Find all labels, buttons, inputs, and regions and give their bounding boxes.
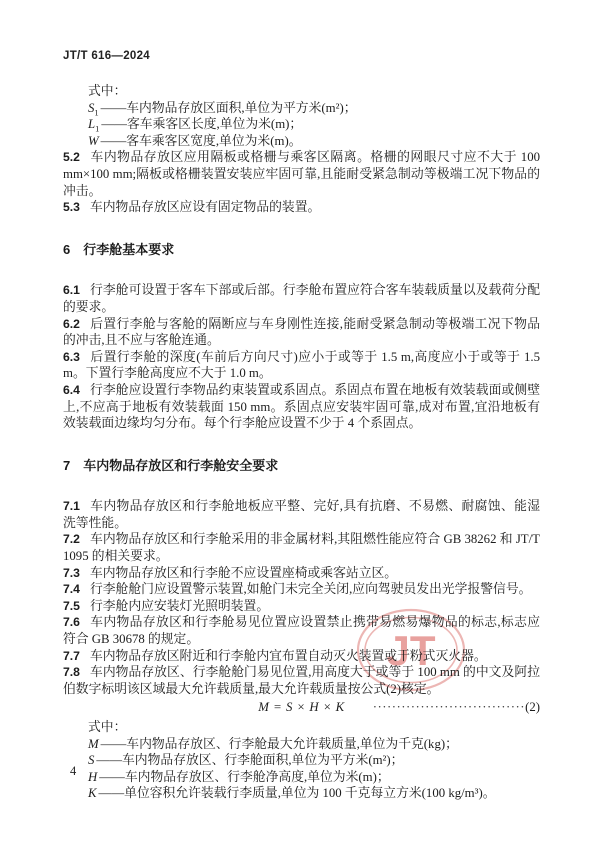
definition-m: M——车内物品存放区、行李舱最大允许载质量,单位为千克(kg)； (88, 736, 540, 753)
variable-m: M (88, 737, 101, 751)
section-6-heading: 6行李舱基本要求 (63, 242, 540, 259)
formula-2-expression: M = S × H × K (258, 700, 344, 714)
definition-s1: S1——车内物品存放区面积,单位为平方米(m²)； (88, 100, 540, 117)
definition-h-text: ——车内物品存放区、行李舱净高度,单位为米(m)； (99, 770, 389, 784)
clause-7-3-number: 7.3 (63, 566, 90, 580)
clause-7-4: 7.4行李舱舱门应设置警示装置,如舱门未完全关闭,应向驾驶员发出光学报警信号。 (63, 581, 540, 598)
clause-6-3-number: 6.3 (63, 350, 90, 364)
clause-7-6-number: 7.6 (63, 615, 90, 629)
clause-7-6-text: 车内物品存放区和行李舱易见位置应设置禁止携带易燃易爆物品的标志,标志应符合 GB… (63, 615, 540, 646)
variable-h: H (88, 770, 99, 784)
where-label-2: 式中： (88, 719, 540, 736)
variable-k: K (88, 786, 99, 800)
clause-6-2-number: 6.2 (63, 317, 90, 331)
definition-w: W——客车乘客区宽度,单位为米(m)。 (88, 133, 540, 150)
section-7-title: 车内物品存放区和行李舱安全要求 (83, 458, 278, 473)
section-6-title: 行李舱基本要求 (83, 242, 174, 257)
clause-7-6: 7.6车内物品存放区和行李舱易见位置应设置禁止携带易燃易爆物品的标志,标志应符合… (63, 614, 540, 647)
definition-l1-text: ——客车乘客区长度,单位为米(m)； (101, 117, 302, 131)
section-7-heading: 7车内物品存放区和行李舱安全要求 (63, 458, 540, 475)
clause-6-1-text: 行李舱可设置于客车下部或后部。行李舱布置应符合客车装载质量以及载荷分配的要求。 (63, 283, 540, 314)
clause-5-3-number: 5.3 (63, 200, 90, 214)
clause-7-2-number: 7.2 (63, 532, 90, 546)
clause-6-2-text: 后置行李舱与客舱的隔断应与车身刚性连接,能耐受紧急制动等极端工况下物品的冲击,且… (63, 317, 540, 348)
clause-7-2-text: 车内物品存放区和行李舱采用的非金属材料,其阻燃性能应符合 GB 38262 和 … (63, 532, 540, 563)
clause-7-5: 7.5行李舱内应安装灯光照明装置。 (63, 598, 540, 615)
formula-2: M = S × H × K ··························… (63, 699, 540, 716)
clause-7-4-text: 行李舱舱门应设置警示装置,如舱门未完全关闭,应向驾驶员发出光学报警信号。 (90, 582, 532, 596)
clause-7-2: 7.2车内物品存放区和行李舱采用的非金属材料,其阻燃性能应符合 GB 38262… (63, 531, 540, 564)
variable-s1: S1 (88, 101, 101, 115)
clause-7-1-number: 7.1 (63, 499, 90, 513)
formula-2-leader-dots: ································ (373, 700, 525, 714)
where-label-1: 式中： (88, 83, 540, 100)
definition-s1-text: ——车内物品存放区面积,单位为平方米(m²)； (101, 101, 357, 115)
clause-7-4-number: 7.4 (63, 582, 90, 596)
clause-5-3-text: 车内物品存放区应设有固定物品的装置。 (90, 200, 320, 214)
clause-7-5-number: 7.5 (63, 599, 90, 613)
clause-6-4-number: 6.4 (63, 383, 90, 397)
document-page: JT JT/T 616—2024 式中： S1——车内物品存放区面积,单位为平方… (0, 0, 600, 846)
document-code-header: JT/T 616—2024 (63, 50, 540, 62)
definition-s-text: ——车内物品存放区、行李舱面积,单位为平方米(m²)； (96, 753, 403, 767)
section-6-number: 6 (63, 242, 83, 257)
clause-6-3-text: 后置行李舱的深度(车前后方向尺寸)应小于或等于 1.5 m,高度应小于或等于 1… (63, 350, 540, 381)
page-number: 4 (70, 764, 76, 779)
clause-6-4: 6.4行李舱应设置行李物品约束装置或系固点。系固点布置在地板有效装载面或侧壁上,… (63, 382, 540, 432)
clause-5-2: 5.2车内物品存放区应用隔板或格栅与乘客区隔离。格栅的网眼尺寸应不大于 100 … (63, 149, 540, 199)
definition-w-text: ——客车乘客区宽度,单位为米(m)。 (101, 134, 302, 148)
definition-h: H——车内物品存放区、行李舱净高度,单位为米(m)； (88, 769, 540, 786)
definition-l1: L1——客车乘客区长度,单位为米(m)； (88, 116, 540, 133)
variable-l1: L1 (88, 117, 101, 131)
clause-7-3-text: 车内物品存放区和行李舱不应设置座椅或乘客站立区。 (90, 566, 397, 580)
clause-7-7: 7.7车内物品存放区附近和行李舱内宜布置自动灭火装置或干粉式灭火器。 (63, 648, 540, 665)
clause-7-5-text: 行李舱内应安装灯光照明装置。 (90, 599, 269, 613)
clause-6-3: 6.3后置行李舱的深度(车前后方向尺寸)应小于或等于 1.5 m,高度应小于或等… (63, 349, 540, 382)
definition-m-text: ——车内物品存放区、行李舱最大允许载质量,单位为千克(kg)； (101, 737, 458, 751)
page-content: JT/T 616—2024 式中： S1——车内物品存放区面积,单位为平方米(m… (0, 0, 600, 802)
clause-7-1-text: 车内物品存放区和行李舱地板应平整、完好,具有抗磨、不易燃、耐腐蚀、能湿洗等性能。 (63, 499, 540, 530)
clause-6-1-number: 6.1 (63, 283, 90, 297)
clause-6-4-text: 行李舱应设置行李物品约束装置或系固点。系固点布置在地板有效装载面或侧壁上,不应高… (63, 383, 540, 430)
clause-6-2: 6.2后置行李舱与客舱的隔断应与车身刚性连接,能耐受紧急制动等极端工况下物品的冲… (63, 316, 540, 349)
definition-k-text: ——单位容积允许装载行李质量,单位为 100 千克每立方米(100 kg/m³)… (99, 786, 496, 800)
definition-k: K——单位容积允许装载行李质量,单位为 100 千克每立方米(100 kg/m³… (88, 785, 540, 802)
clause-7-3: 7.3车内物品存放区和行李舱不应设置座椅或乘客站立区。 (63, 565, 540, 582)
clause-5-2-number: 5.2 (63, 150, 90, 164)
clause-7-7-number: 7.7 (63, 649, 90, 663)
clause-5-3: 5.3车内物品存放区应设有固定物品的装置。 (63, 199, 540, 216)
definition-s: S——车内物品存放区、行李舱面积,单位为平方米(m²)； (88, 752, 540, 769)
clause-7-1: 7.1车内物品存放区和行李舱地板应平整、完好,具有抗磨、不易燃、耐腐蚀、能湿洗等… (63, 498, 540, 531)
clause-7-8-text: 车内物品存放区、行李舱舱门易见位置,用高度大于或等于 100 mm 的中文及阿拉… (63, 665, 540, 696)
clause-7-8-number: 7.8 (63, 665, 90, 679)
clause-6-1: 6.1行李舱可设置于客车下部或后部。行李舱布置应符合客车装载质量以及载荷分配的要… (63, 282, 540, 315)
formula-2-numbering: ································(2) (373, 699, 540, 716)
formula-2-number: (2) (525, 700, 540, 714)
variable-w: W (88, 134, 101, 148)
clause-5-2-text: 车内物品存放区应用隔板或格栅与乘客区隔离。格栅的网眼尺寸应不大于 100 mm×… (63, 150, 540, 197)
clause-7-8: 7.8车内物品存放区、行李舱舱门易见位置,用高度大于或等于 100 mm 的中文… (63, 664, 540, 697)
clause-7-7-text: 车内物品存放区附近和行李舱内宜布置自动灭火装置或干粉式灭火器。 (90, 649, 487, 663)
section-7-number: 7 (63, 458, 83, 473)
